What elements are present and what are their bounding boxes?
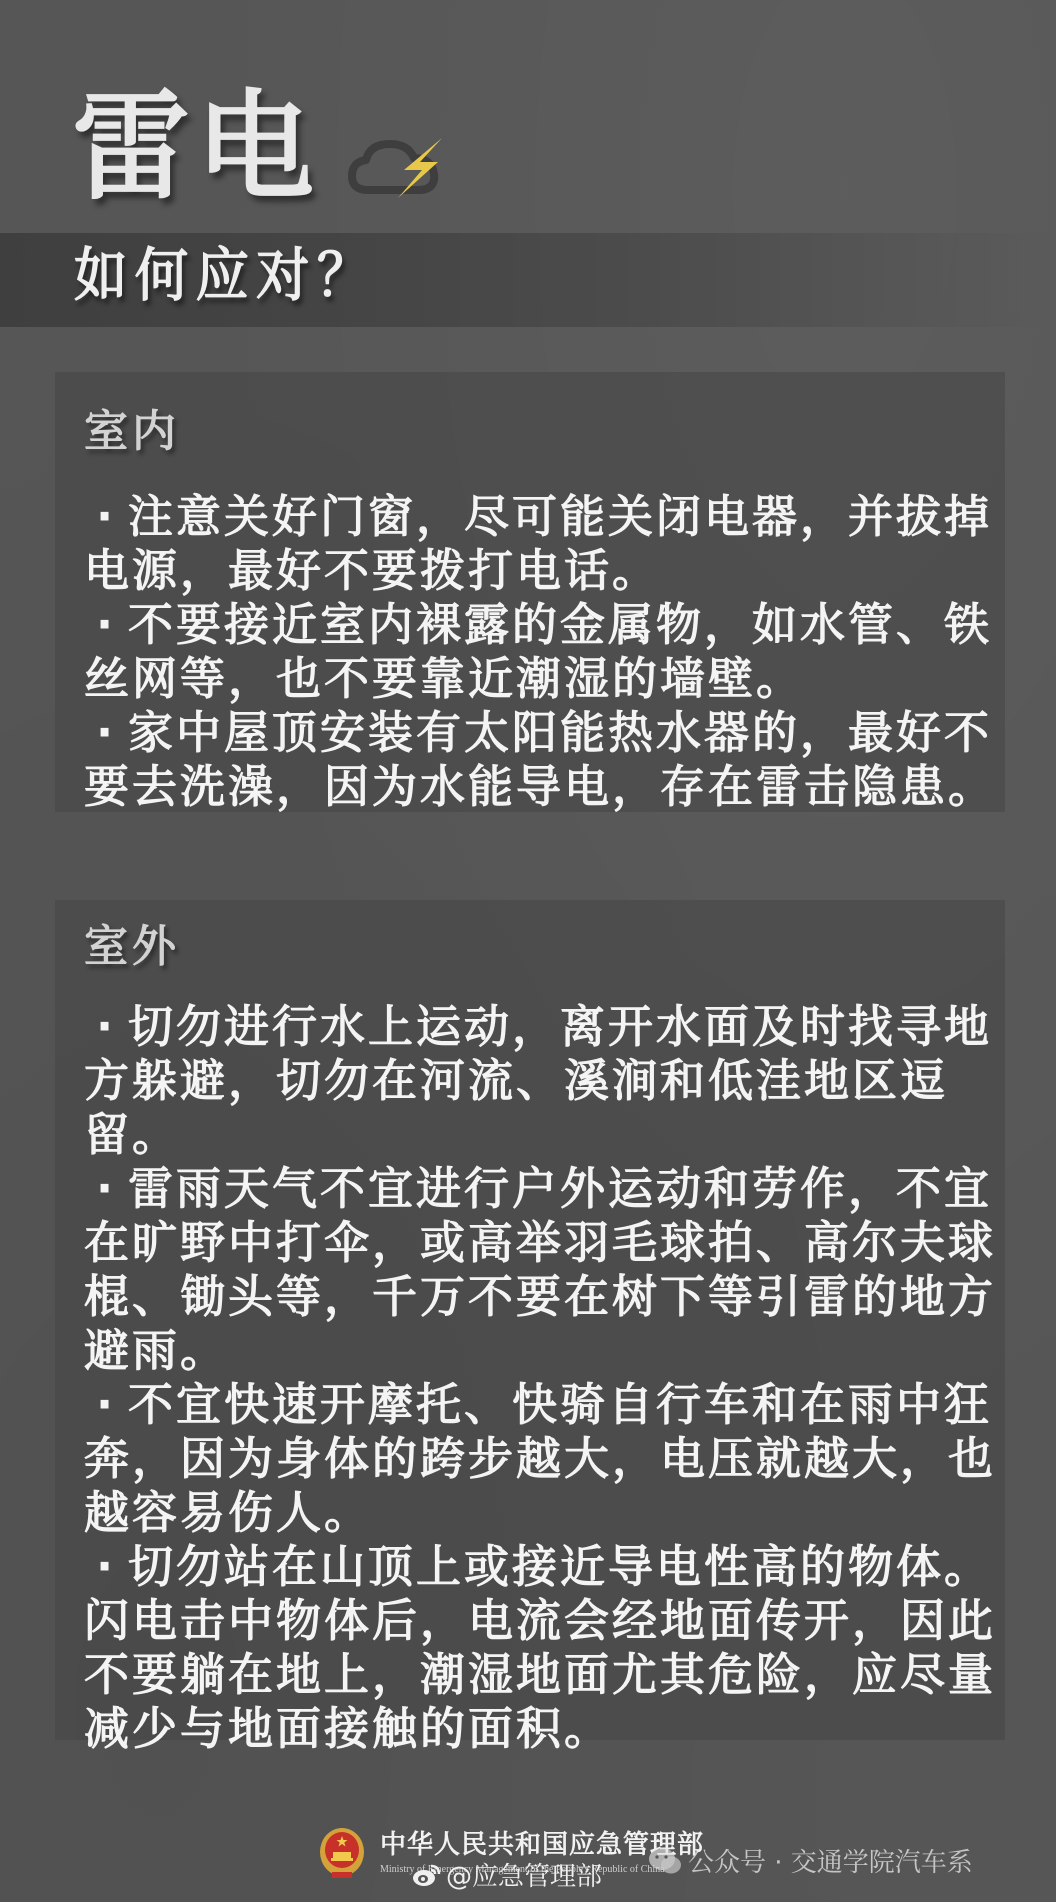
weibo-handle-text: @应急管理部: [446, 1856, 602, 1893]
indoor-list: ·注意关好门窗，尽可能关闭电器，并拔掉电源，最好不要拨打电话。 ·不要接近室内裸…: [84, 490, 1004, 814]
bullet: ·: [84, 1000, 128, 1054]
bullet: ·: [84, 1378, 128, 1432]
subtitle: 如何应对？: [74, 246, 378, 304]
bullet: ·: [84, 1540, 128, 1594]
outdoor-list: ·切勿进行水上运动，离开水面及时找寻地方躲避，切勿在河流、溪涧和低洼地区逗留。 …: [84, 1000, 1004, 1756]
poster: 雷电 如何应对？ 室内 ·注意关好门窗，尽可能关闭电器，并拔掉电源，最好不要拨打…: [0, 0, 1056, 1902]
bullet: ·: [84, 490, 128, 544]
bullet: ·: [84, 1162, 128, 1216]
hero-title: 雷电: [72, 88, 320, 206]
list-item: ·雷雨天气不宜进行户外运动和劳作，不宜在旷野中打伞，或高举羽毛球拍、高尔夫球棍、…: [84, 1162, 1004, 1378]
list-item: ·注意关好门窗，尽可能关闭电器，并拔掉电源，最好不要拨打电话。: [84, 490, 1004, 598]
list-item: ·家中屋顶安装有太阳能热水器的，最好不要去洗澡，因为水能导电，存在雷击隐患。: [84, 706, 1004, 814]
list-item: ·切勿站在山顶上或接近导电性高的物体。闪电击中物体后，电流会经地面传开，因此不要…: [84, 1540, 1004, 1756]
wechat-watermark-text: 公众号 · 交通学院汽车系: [688, 1842, 973, 1879]
section-heading-outdoor: 室外: [84, 925, 180, 969]
list-item: ·不宜快速开摩托、快骑自行车和在雨中狂奔，因为身体的跨步越大，电压就越大，也越容…: [84, 1378, 1004, 1540]
wechat-icon: [648, 1846, 682, 1876]
national-emblem-icon: [318, 1826, 366, 1880]
bullet: ·: [84, 598, 128, 652]
list-item: ·切勿进行水上运动，离开水面及时找寻地方躲避，切勿在河流、溪涧和低洼地区逗留。: [84, 1000, 1004, 1162]
section-heading-indoor: 室内: [84, 410, 180, 454]
cloud-lightning-icon: [346, 132, 446, 202]
wechat-watermark: 公众号 · 交通学院汽车系: [648, 1842, 973, 1879]
weibo-handle: @应急管理部: [412, 1856, 602, 1893]
list-item: ·不要接近室内裸露的金属物，如水管、铁丝网等，也不要靠近潮湿的墙壁。: [84, 598, 1004, 706]
weibo-icon: [412, 1862, 442, 1888]
bullet: ·: [84, 706, 128, 760]
footer: 中华人民共和国应急管理部 Ministry of Emergency Manag…: [318, 1822, 1056, 1892]
